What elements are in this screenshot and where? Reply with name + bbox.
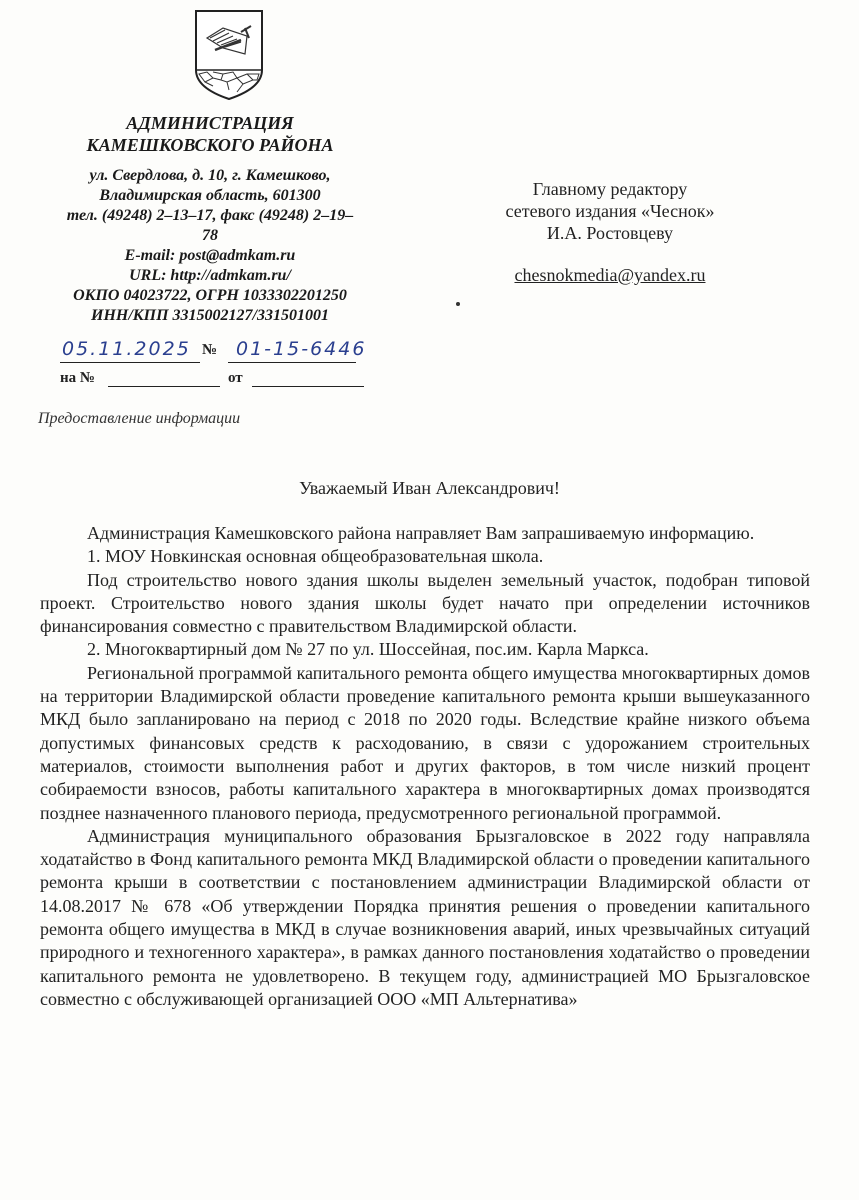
ref-number-label: на № — [60, 370, 95, 387]
registration-row: 05.11.2025 № 01-15-6446 — [60, 340, 440, 364]
recipient-email[interactable]: chesnokmedia@yandex.ru — [514, 264, 705, 286]
letterhead: АДМИНИСТРАЦИЯ КАМЕШКОВСКОГО РАЙОНА ул. С… — [20, 112, 400, 326]
ref-from-label: от — [228, 370, 243, 387]
recipient-line2: сетевого издания «Чеснок» — [460, 200, 760, 222]
paragraph-item-2: 2. Многоквартирный дом № 27 по ул. Шоссе… — [40, 638, 810, 661]
address-line1: ул. Свердлова, д. 10, г. Камешково, — [20, 166, 400, 186]
number-label: № — [202, 342, 217, 359]
org-name-line1: АДМИНИСТРАЦИЯ — [20, 112, 400, 134]
handwritten-date: 05.11.2025 — [62, 338, 191, 360]
paragraph-program: Региональной программой капитального рем… — [40, 662, 810, 825]
reference-row: на № от — [60, 368, 440, 390]
org-inn-kpp: ИНН/КПП 3315002127/331501001 — [20, 306, 400, 326]
paragraph-petition: Администрация муниципального образования… — [40, 825, 810, 1011]
phone-line: тел. (49248) 2–13–17, факс (49248) 2–19– — [20, 206, 400, 226]
coat-of-arms-icon — [193, 8, 265, 102]
address-line2: Владимирская область, 601300 — [20, 186, 400, 206]
org-url: URL: http://admkam.ru/ — [20, 266, 400, 286]
scan-speck — [456, 302, 460, 306]
ref-date-field — [252, 386, 364, 387]
subject-line: Предоставление информации — [38, 410, 240, 428]
phone-line-cont: 78 — [20, 226, 400, 246]
ref-number-field — [108, 386, 220, 387]
paragraph-item-1: 1. МОУ Новкинская основная общеобразоват… — [40, 545, 810, 568]
recipient-line3: И.А. Ростовцеву — [460, 222, 760, 244]
paragraph-school: Под строительство нового здания школы вы… — [40, 569, 810, 639]
org-name-line2: КАМЕШКОВСКОГО РАЙОНА — [20, 134, 400, 156]
paragraph-intro: Администрация Камешковского района напра… — [40, 522, 810, 545]
recipient-line1: Главному редактору — [460, 178, 760, 200]
org-codes: ОКПО 04023722, ОГРН 1033302201250 — [20, 286, 400, 306]
recipient-block: Главному редактору сетевого издания «Чес… — [460, 178, 760, 286]
greeting: Уважаемый Иван Александрович! — [0, 478, 859, 499]
letter-body: Администрация Камешковского района напра… — [40, 522, 810, 1011]
number-underline — [228, 362, 356, 363]
org-email: E-mail: post@admkam.ru — [20, 246, 400, 266]
date-underline — [60, 362, 200, 363]
handwritten-number: 01-15-6446 — [236, 338, 366, 360]
